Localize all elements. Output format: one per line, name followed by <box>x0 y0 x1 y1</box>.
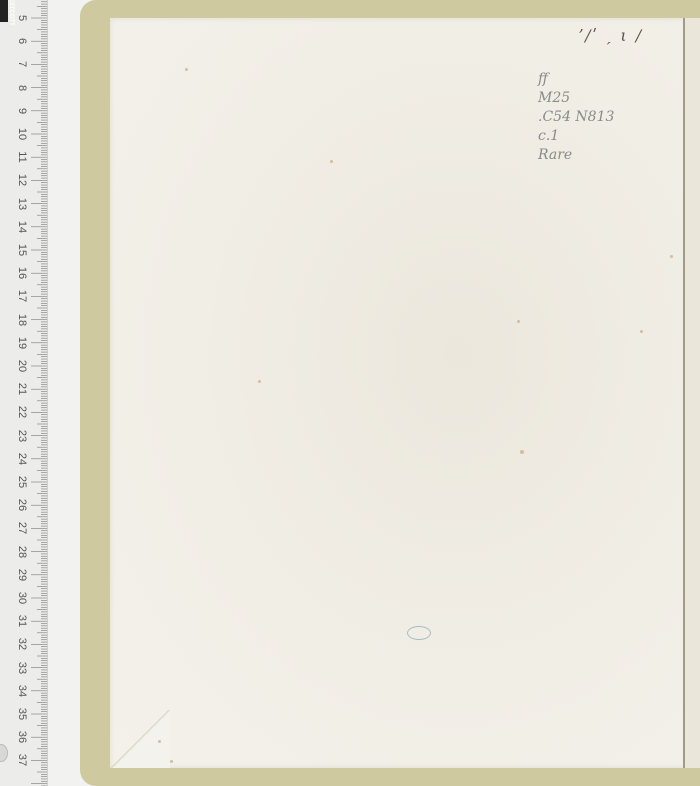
call-number-line: Rare <box>538 146 614 165</box>
foxing-spot <box>670 255 673 258</box>
call-number-line: c.1 <box>538 127 614 146</box>
ruler-label: 27 <box>16 520 28 536</box>
foxing-spot <box>185 68 188 71</box>
ruler-label: 19 <box>16 335 28 351</box>
ruler-label: 10 <box>16 126 28 142</box>
library-stamp <box>407 626 431 640</box>
ruler-label: 20 <box>16 358 28 374</box>
ruler-label: 9 <box>16 103 28 119</box>
page-corner-fold <box>110 710 170 768</box>
ruler-label: 30 <box>16 590 28 606</box>
ruler-label: 26 <box>16 497 28 513</box>
measurement-ruler: WESTCOTT 5678910111213141516171819202122… <box>0 0 48 786</box>
ruler-label: 28 <box>16 544 28 560</box>
ruler-label: 12 <box>16 172 28 188</box>
ruler-label: 29 <box>16 567 28 583</box>
ruler-label: 25 <box>16 474 28 490</box>
ruler-label: 14 <box>16 219 28 235</box>
call-number-line: M25 <box>538 89 614 108</box>
ruler-label: 21 <box>16 381 28 397</box>
ruler-label: 22 <box>16 404 28 420</box>
ruler-label: 5 <box>16 10 28 26</box>
foxing-spot <box>170 760 173 763</box>
ruler-label: 23 <box>16 428 28 444</box>
ruler-label: 8 <box>16 80 28 96</box>
ruler-label: 31 <box>16 613 28 629</box>
ruler-label: 37 <box>16 752 28 768</box>
ruler-label: 17 <box>16 288 28 304</box>
ruler-label: 34 <box>16 683 28 699</box>
call-number-line: ff <box>538 70 614 89</box>
ink-marks: ʼ∕ʹ ˏ ι ∕ <box>578 26 643 46</box>
ruler-label: 16 <box>16 265 28 281</box>
foxing-spot <box>258 380 261 383</box>
ruler-label: 6 <box>16 33 28 49</box>
ruler-label: 13 <box>16 196 28 212</box>
foxing-spot <box>517 320 520 323</box>
ruler-label: 36 <box>16 729 28 745</box>
foxing-spot <box>640 330 643 333</box>
call-number-line: .C54 N813 <box>538 108 614 127</box>
ruler-label: 7 <box>16 56 28 72</box>
ruler-label: 35 <box>16 706 28 722</box>
ruler-label: 18 <box>16 312 28 328</box>
adjacent-page-edge <box>683 18 700 768</box>
ruler-label: 15 <box>16 242 28 258</box>
foxing-spot <box>520 450 524 454</box>
ruler-label: 33 <box>16 660 28 676</box>
ruler-label: 24 <box>16 451 28 467</box>
pencil-call-number: ff M25 .C54 N813 c.1 Rare <box>538 70 614 165</box>
ruler-label: 11 <box>16 149 28 165</box>
foxing-spot <box>330 160 333 163</box>
ruler-label: 32 <box>16 636 28 652</box>
foxing-spot <box>158 740 161 743</box>
